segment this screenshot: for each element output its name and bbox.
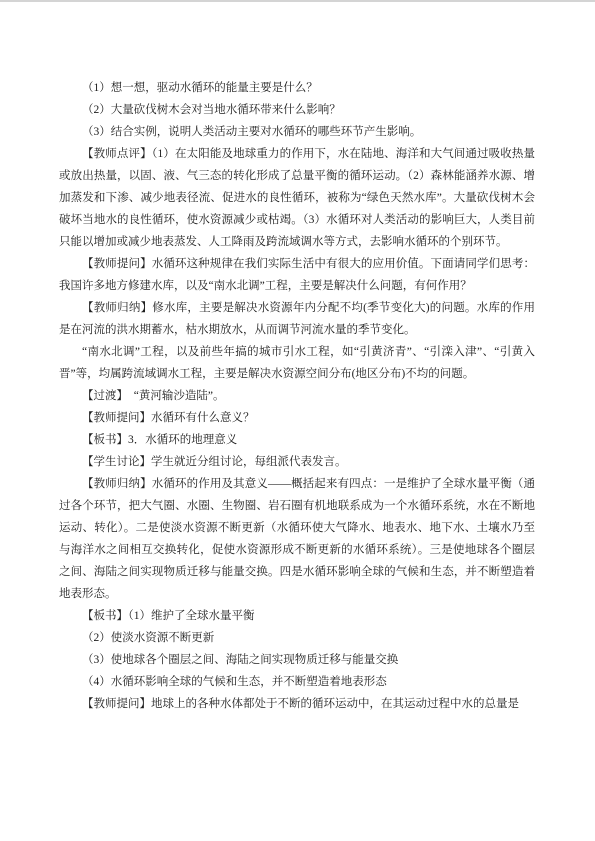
paragraph-8: 【过渡】 “黄河输沙造陆”。 bbox=[59, 385, 535, 407]
paragraph-11: 【学生讨论】学生就近分组讨论，每组派代表发言。 bbox=[59, 451, 535, 473]
paragraph-1: （1）想一想，驱动水循环的能量主要是什么？ bbox=[59, 77, 535, 99]
paragraph-14: （2）使淡水资源不断更新 bbox=[59, 627, 535, 649]
document-body: （1）想一想，驱动水循环的能量主要是什么？（2）大量砍伐树木会对当地水循环带来什… bbox=[59, 77, 535, 715]
paragraph-15: （3）使地球各个圈层之间、海陆之间实现物质迁移与能量交换 bbox=[59, 649, 535, 671]
paragraph-17: 【教师提问】地球上的各种水体都处于不断的循环运动中，在其运动过程中水的总量是 bbox=[59, 693, 535, 715]
paragraph-4: 【教师点评】（1）在太阳能及地球重力的作用下，水在陆地、海洋和大气间通过吸收热量… bbox=[59, 143, 535, 253]
paragraph-2: （2）大量砍伐树木会对当地水循环带来什么影响？ bbox=[59, 99, 535, 121]
document-page: （1）想一想，驱动水循环的能量主要是什么？（2）大量砍伐树木会对当地水循环带来什… bbox=[0, 0, 595, 841]
paragraph-16: （4）水循环影响全球的气候和生态，并不断塑造着地表形态 bbox=[59, 671, 535, 693]
paragraph-9: 【教师提问】水循环有什么意义？ bbox=[59, 407, 535, 429]
paragraph-6: 【教师归纳】修水库，主要是解决水资源年内分配不均(季节变化大)的问题。水库的作用… bbox=[59, 297, 535, 341]
page-top-edge-line bbox=[0, 0, 595, 2]
paragraph-5: 【教师提问】水循环这种规律在我们实际生活中有很大的应用价值。下面请同学们思考：我… bbox=[59, 253, 535, 297]
paragraph-10: 【板书】3．水循环的地理意义 bbox=[59, 429, 535, 451]
paragraph-7: “南水北调”工程，以及前些年搞的城市引水工程，如“引黄济青”、“引滦入津”、“引… bbox=[59, 341, 535, 385]
paragraph-13: 【板书】（1）维护了全球水量平衡 bbox=[59, 605, 535, 627]
paragraph-3: （3）结合实例，说明人类活动主要对水循环的哪些环节产生影响。 bbox=[59, 121, 535, 143]
paragraph-12: 【教师归纳】水循环的作用及其意义——概括起来有四点：一是维护了全球水量平衡（通过… bbox=[59, 473, 535, 605]
